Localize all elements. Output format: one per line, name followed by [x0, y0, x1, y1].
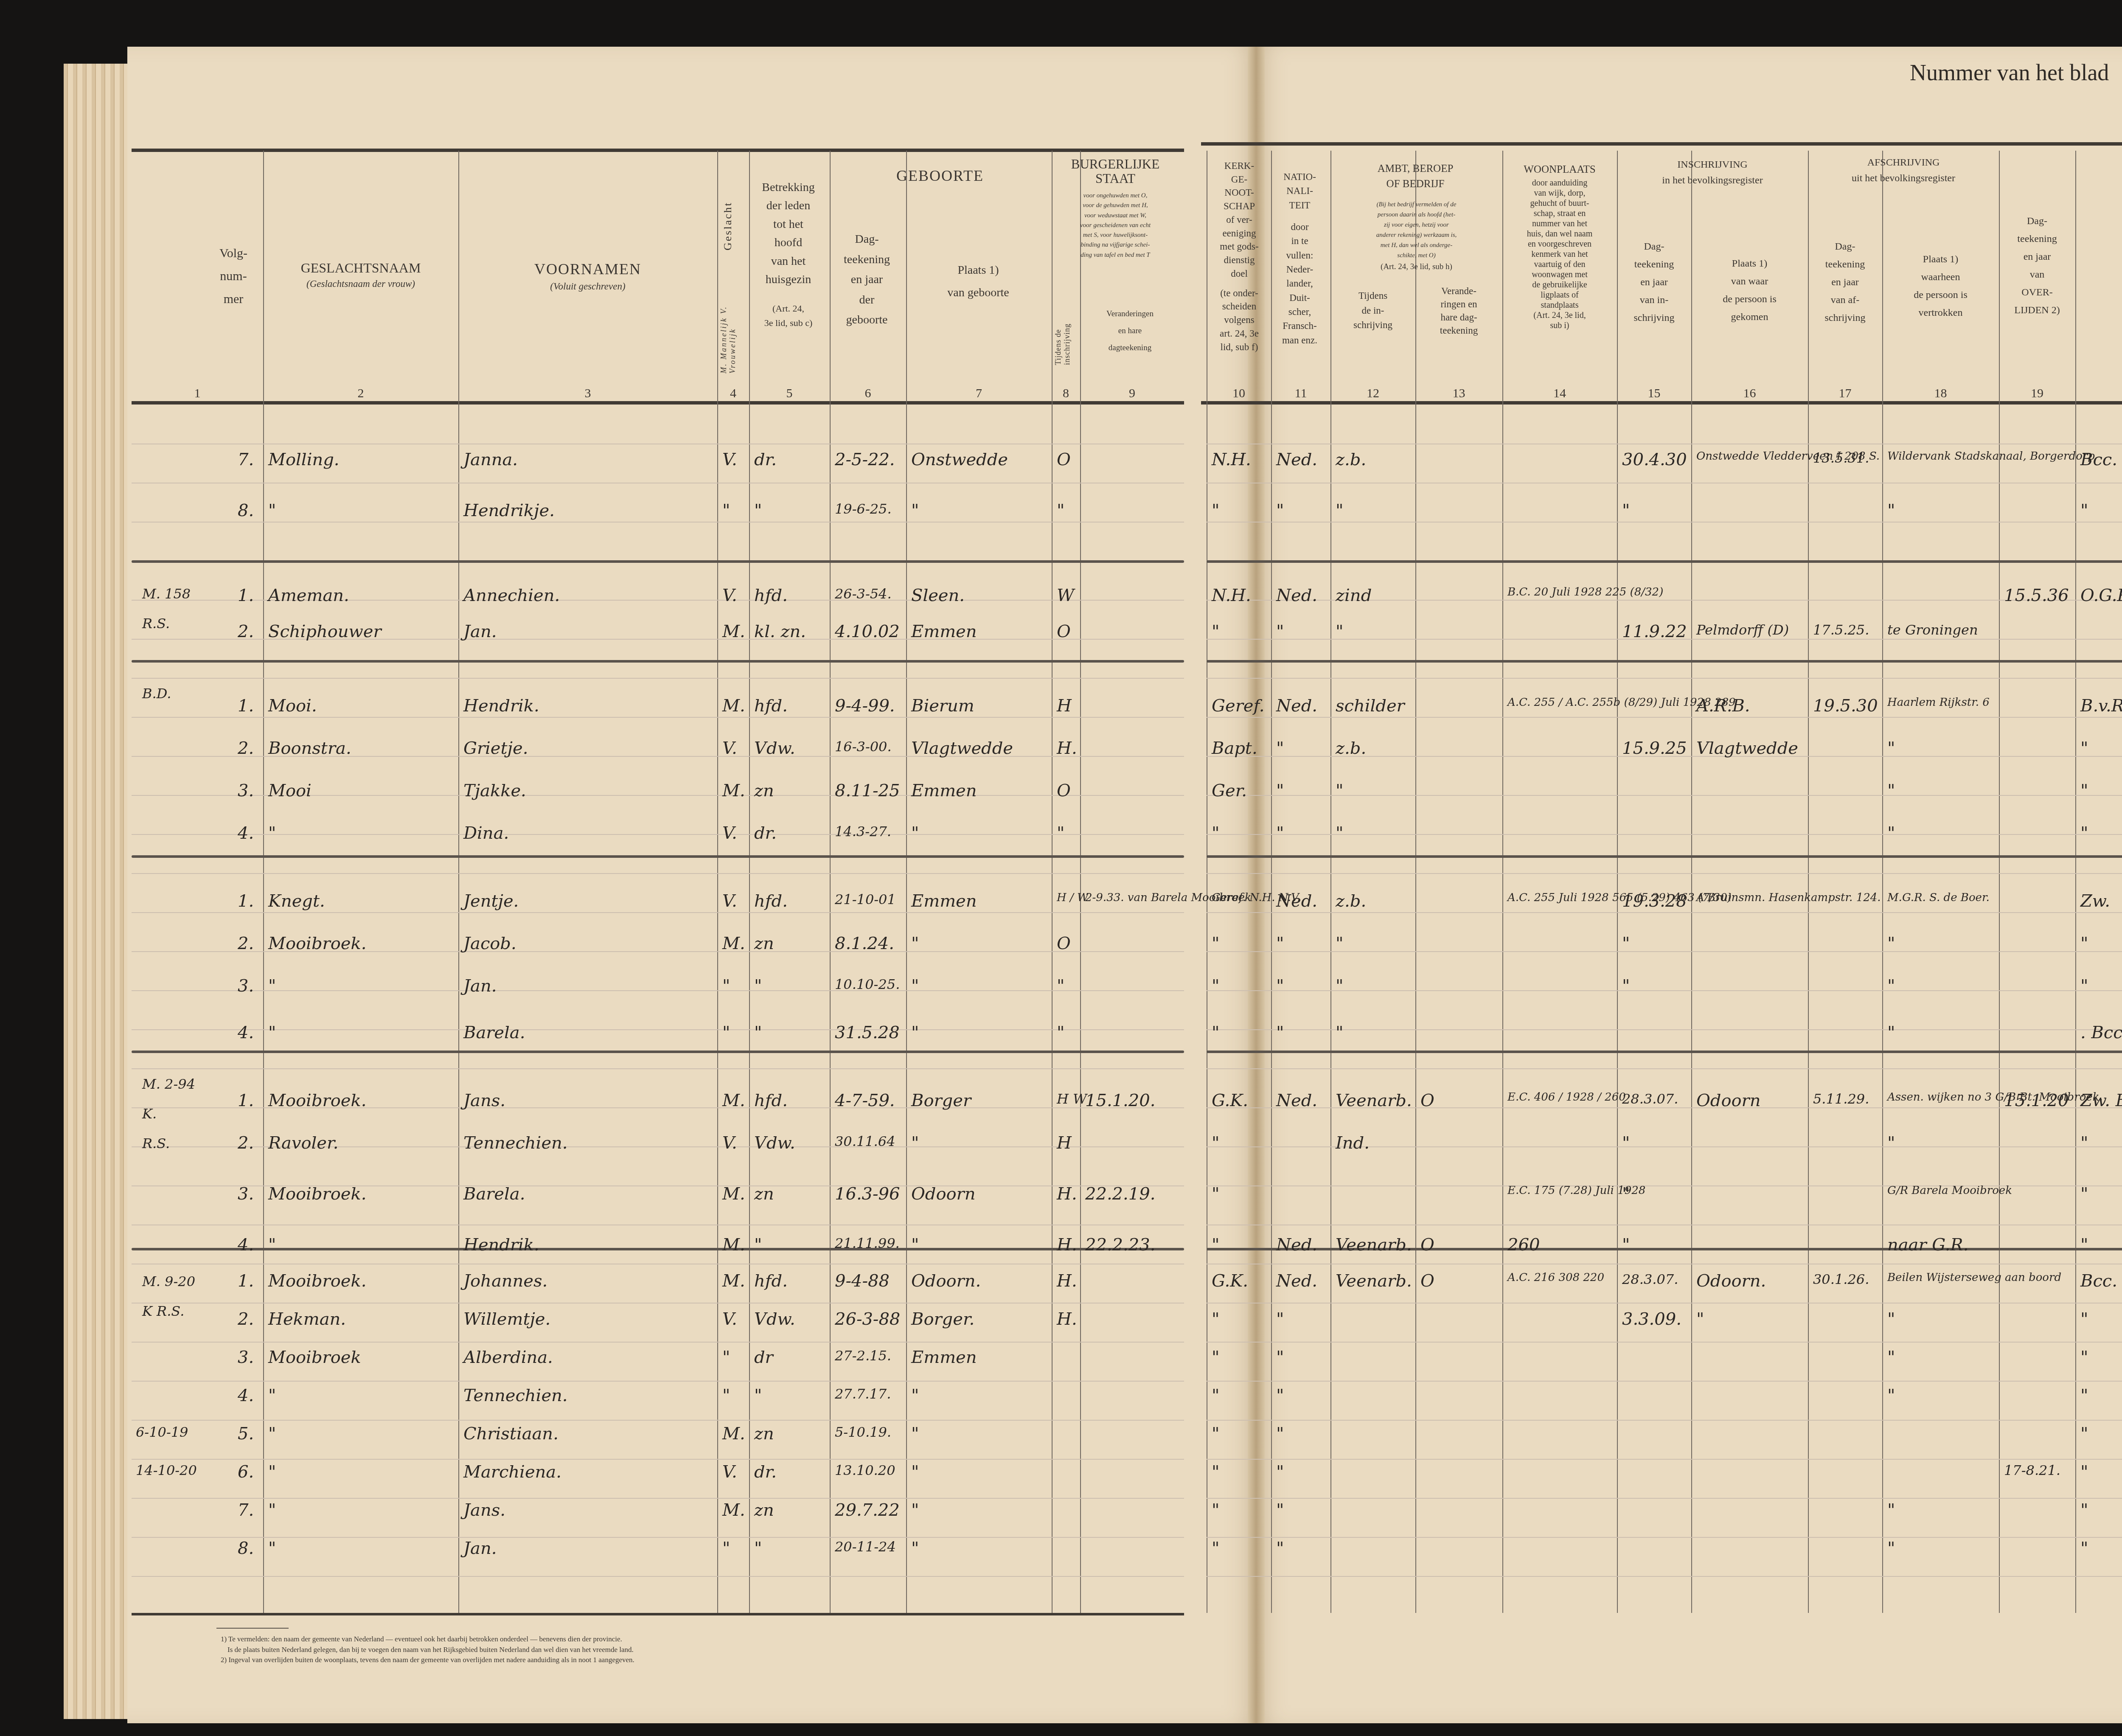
cell-geslacht: V.	[722, 1309, 737, 1329]
column-number: 6	[830, 386, 906, 401]
ruled-line	[132, 1264, 1184, 1264]
column-number: 1	[132, 386, 263, 401]
header-inschr-plaats: Plaats 1)van waarde persoon isgekomen	[1691, 255, 1808, 326]
household-separator	[132, 1051, 1184, 1053]
cell-inschr-datum: 3.3.09.	[1622, 1309, 1681, 1329]
cell-geslacht: "	[722, 1539, 730, 1558]
cell-inschr-plaats: Odoorn.	[1696, 1271, 1766, 1291]
header-geslacht-legend: M. Mannelijk V. Vrouwelijk	[719, 263, 737, 374]
cell-aanm: "	[2080, 1424, 2088, 1444]
cell-geslacht: "	[722, 976, 730, 996]
cell-inschr-datum: "	[1622, 976, 1630, 996]
cell-kerk: "	[1212, 823, 1219, 843]
cell-geb-datum: 26-3-54.	[835, 586, 892, 602]
header-afschr-plaats: Plaats 1)waarheende persoon isvertrokken	[1882, 250, 1999, 322]
ruled-line	[132, 1537, 1184, 1538]
footnote-2: 2) Ingeval van overlijden buiten de woon…	[221, 1655, 963, 1666]
cell-afschr-plaats: "	[1887, 1539, 1895, 1558]
header-voornamen: VOORNAMEN (Voluit geschreven)	[458, 259, 717, 293]
column-number: 20	[2075, 386, 2122, 401]
ruled-line	[132, 1498, 1184, 1499]
cell-betrekking: "	[754, 1386, 762, 1405]
cell-afschr-plaats: Beilen Wijsterseweg aan boord	[1887, 1271, 2061, 1284]
cell-geb-plaats: Vlagtwedde	[911, 739, 1013, 758]
ruled-line	[132, 1576, 1184, 1577]
cell-nat: "	[1276, 1386, 1284, 1405]
cell-kerk: G.K.	[1212, 1091, 1248, 1110]
cell-ambt: Ind.	[1336, 1133, 1370, 1153]
sheet-number-label: Nummer van het blad	[1910, 59, 2109, 86]
ruled-line	[132, 873, 1184, 874]
cell-woonplaats: 260	[1507, 1235, 1540, 1255]
cell-volg: 3.	[238, 781, 254, 801]
cell-betrekking: dr	[754, 1348, 773, 1367]
cell-voornamen: Johannes.	[463, 1271, 547, 1291]
cell-geb-plaats: "	[911, 1023, 919, 1042]
header-bottom-rule	[132, 401, 1184, 405]
cell-nat: "	[1276, 976, 1284, 996]
cell-volg: 5.	[238, 1424, 254, 1444]
left-page	[127, 47, 1256, 1723]
cell-volg: 7.	[238, 450, 254, 469]
ruled-line	[1207, 951, 2122, 952]
cell-afschr-plaats: Assen. wijken no 3 G/B Bt. Mooibroek.	[1887, 1091, 2103, 1104]
cell-inschr-plaats: Pelmdorff (D)	[1696, 622, 1789, 638]
ruled-line	[1207, 1576, 2122, 1577]
cell-voornamen: Tennechien.	[463, 1386, 568, 1405]
cell-nat: Ned.	[1276, 1091, 1317, 1110]
cell-betrekking: zn	[754, 1500, 774, 1520]
cell-inschr-plaats: "	[1696, 1309, 1704, 1329]
cell-ambt: "	[1336, 781, 1343, 801]
cell-overl: 15.5.36	[2004, 586, 2069, 605]
cell-geb-plaats: "	[911, 976, 919, 996]
footnote-1: 1) Te vermelden: den naam der gemeente v…	[221, 1634, 963, 1645]
cell-geb-plaats: Odoorn.	[911, 1271, 981, 1291]
cell-afschr-plaats: Wildervank Stadskanaal, Borgerdorp	[1887, 450, 2095, 463]
cell-betrekking: "	[754, 501, 762, 520]
cell-kerk: N.H.	[1212, 450, 1251, 469]
cell-naam: Mooibroek.	[268, 1271, 366, 1291]
cell-bs-wijz: 15.1.20.	[1085, 1091, 1155, 1110]
cell-ambt: Veenarb.	[1336, 1235, 1412, 1255]
cell-volg: 4.	[238, 1235, 254, 1255]
cell-geslacht: V.	[722, 1133, 737, 1153]
cell-geb-plaats: "	[911, 1133, 919, 1153]
cell-geb-datum: 20-11-24	[835, 1539, 896, 1555]
cell-voornamen: Jacob.	[463, 934, 516, 953]
cell-inschr-datum: "	[1622, 934, 1630, 953]
column-line	[1415, 151, 1416, 1613]
footnote-1-cont: Is de plaats buiten Nederland gelegen, d…	[221, 1645, 963, 1655]
cell-afschr-plaats: "	[1887, 739, 1895, 758]
header-afschr-datum: Dag-teekeningen jaarvan af-schrijving	[1808, 238, 1882, 327]
cell-volg: 2.	[238, 1133, 254, 1153]
cell-voornamen: Jan.	[463, 976, 497, 996]
cell-geb-plaats: "	[911, 1539, 919, 1558]
header-ambt-legend: (Bij het bedrijf vermelden of depersoon …	[1333, 199, 1500, 273]
cell-volg: 4.	[238, 1023, 254, 1042]
cell-afschr-datum: 5.11.29.	[1813, 1091, 1869, 1107]
cell-ambt: "	[1336, 1023, 1343, 1042]
column-number: 18	[1882, 386, 1999, 401]
ruled-line	[132, 717, 1184, 718]
header-burgerlijke-staat-legend: voor ongehuwden met O,voor de gehuwden m…	[1052, 191, 1179, 260]
cell-betrekking: hfd.	[754, 1271, 788, 1291]
ruled-line	[1207, 990, 2122, 991]
ruled-line	[1207, 1420, 2122, 1421]
cell-geb-datum: 30.11.64	[835, 1133, 895, 1149]
ruled-line	[1207, 717, 2122, 718]
cell-bs: W	[1057, 586, 1074, 605]
cell-naam: "	[268, 1023, 276, 1042]
cell-nat: "	[1276, 739, 1284, 758]
cell-nat: Ned.	[1276, 696, 1317, 716]
cell-voornamen: Jans.	[463, 1091, 505, 1110]
cell-nat: "	[1276, 934, 1284, 953]
cell-woonplaats: A.C. 216 308 220	[1507, 1271, 1604, 1284]
ruled-line	[1207, 1459, 2122, 1460]
cell-geb-plaats: Emmen	[911, 1348, 977, 1367]
cell-voornamen: Barela.	[463, 1184, 525, 1204]
column-number: 10	[1207, 386, 1271, 401]
ruled-line	[1207, 873, 2122, 874]
ruled-line	[1207, 678, 2122, 679]
header-burgerlijke-staat: BURGERLIJKESTAAT	[1052, 157, 1179, 186]
cell-kerk: "	[1212, 1348, 1219, 1367]
column-line	[1207, 151, 1207, 1613]
cell-inschr-datum: "	[1622, 1235, 1630, 1255]
cell-naam: Ameman.	[268, 586, 349, 605]
cell-kerk: "	[1212, 1386, 1219, 1405]
cell-geslacht: V.	[722, 1462, 737, 1482]
cell-kerk: G.K.	[1212, 1271, 1248, 1291]
cell-voornamen: Jentje.	[463, 891, 519, 911]
margin-note: K R.S.	[142, 1303, 184, 1319]
column-line	[717, 151, 718, 1613]
header-overlijden: Dag-teekeningen jaarvanOVER-LIJDEN 2)	[1999, 212, 2075, 319]
cell-geb-datum: 9-4-99.	[835, 696, 895, 716]
cell-betrekking: "	[754, 1539, 762, 1558]
ruled-line	[1207, 1225, 2122, 1225]
cell-geb-datum: 5-10.19.	[835, 1424, 891, 1440]
ruled-line	[1207, 1303, 2122, 1303]
cell-voornamen: Jans.	[463, 1500, 505, 1520]
cell-bs-wijz: 22.2.23.	[1085, 1235, 1155, 1255]
cell-betrekking: hfd.	[754, 696, 788, 716]
ruled-line	[132, 990, 1184, 991]
header-betrekking: Betrekkingder ledentot hethoofdvan hethu…	[749, 178, 828, 331]
cell-nat: Ned.	[1276, 891, 1317, 911]
column-number: 15	[1617, 386, 1691, 401]
cell-aanm: "	[2080, 1309, 2088, 1329]
header-nationaliteit: NATIO-NALI-TEITdoorin tevullen:Neder-lan…	[1271, 170, 1328, 347]
margin-note: M. 2-94	[142, 1076, 195, 1092]
ruled-line	[1207, 912, 2122, 913]
cell-voornamen: Hendrik.	[463, 696, 539, 716]
column-line	[1617, 151, 1618, 1613]
ruled-line	[132, 1029, 1184, 1030]
cell-ambt: z.b.	[1336, 450, 1366, 469]
cell-geb-datum: 16.3-96	[835, 1184, 900, 1204]
cell-kerk: "	[1212, 934, 1219, 953]
ruled-line	[132, 1342, 1184, 1343]
cell-betrekking: hfd.	[754, 891, 788, 911]
table-bottom-rule	[132, 1613, 1184, 1615]
cell-geslacht: M.	[722, 1235, 745, 1255]
column-line	[1330, 151, 1331, 1613]
cell-afschr-plaats: Haarlem Rijkstr. 6	[1887, 696, 1990, 709]
ruled-line	[132, 483, 1184, 483]
cell-geb-datum: 21.11.99.	[835, 1235, 900, 1251]
column-line	[1080, 151, 1081, 1613]
cell-inschr-datum: 30.4.30	[1622, 450, 1687, 469]
cell-geb-datum: 19-6-25.	[835, 501, 892, 517]
cell-voornamen: Willemtje.	[463, 1309, 550, 1329]
cell-inschr-datum: 15.9.25	[1622, 739, 1687, 758]
column-line	[1502, 151, 1503, 1613]
household-separator	[1207, 660, 2122, 663]
cell-voornamen: Jan.	[463, 622, 497, 641]
cell-kerk: "	[1212, 1023, 1219, 1042]
cell-geb-plaats: Emmen	[911, 781, 977, 801]
cell-naam: Schiphouwer	[268, 622, 382, 641]
header-geslacht: Geslacht	[721, 174, 734, 250]
cell-ambt: "	[1336, 823, 1343, 843]
column-number: 3	[458, 386, 717, 401]
column-number: 12	[1330, 386, 1415, 401]
cell-geb-datum: 31.5.28	[835, 1023, 900, 1042]
cell-inschr-datum: "	[1622, 1133, 1630, 1153]
cell-nat: Ned.	[1276, 1271, 1317, 1291]
cell-voornamen: Grietje.	[463, 739, 528, 758]
cell-naam: Knegt.	[268, 891, 325, 911]
cell-nat: "	[1276, 823, 1284, 843]
cell-ambt: "	[1336, 622, 1343, 641]
cell-nat: "	[1276, 1309, 1284, 1329]
cell-aanm: "	[2080, 739, 2088, 758]
cell-afschr-plaats: te Groningen	[1887, 622, 1978, 638]
ruled-line	[1207, 444, 2122, 444]
cell-voornamen: Tennechien.	[463, 1133, 568, 1153]
column-line	[1271, 151, 1272, 1613]
column-line	[830, 151, 831, 1613]
cell-volg: 8.	[238, 501, 254, 520]
cell-bs: "	[1057, 1023, 1064, 1042]
cell-ambt: Veenarb.	[1336, 1091, 1412, 1110]
cell-aanm: O.G.R. Bcc.	[2080, 586, 2122, 605]
cell-inschr-datum: "	[1622, 501, 1630, 520]
header-inschr-datum: Dag-teekeningen jaarvan in-schrijving	[1617, 238, 1691, 327]
cell-naam: Mooibroek.	[268, 1091, 366, 1110]
cell-geb-plaats: "	[911, 823, 919, 843]
cell-volg: 2.	[238, 934, 254, 953]
ruled-line	[1207, 1381, 2122, 1382]
cell-geb-plaats: "	[911, 1500, 919, 1520]
header-top-rule	[132, 149, 1184, 152]
cell-aanm: B.v.R. Bcc.	[2080, 696, 2122, 716]
cell-voornamen: Hendrikje.	[463, 501, 555, 520]
cell-naam: Mooibroek.	[268, 934, 366, 953]
cell-volg: 2.	[238, 1309, 254, 1329]
ruled-line	[132, 522, 1184, 522]
cell-kerk: "	[1212, 1235, 1219, 1255]
header-geboorte-plaats: Plaats 1)van geboorte	[906, 259, 1050, 304]
column-line	[1882, 151, 1883, 1613]
cell-voornamen: Barela.	[463, 1023, 525, 1042]
cell-geslacht: "	[722, 501, 730, 520]
ruled-line	[132, 834, 1184, 835]
cell-geslacht: M.	[722, 1500, 745, 1520]
ruled-line	[1207, 522, 2122, 522]
column-number: 2	[263, 386, 458, 401]
cell-inschr-datum: 28.3.07.	[1622, 1091, 1678, 1107]
cell-geb-datum: 10.10-25.	[835, 976, 900, 992]
header-afschrijving: AFSCHRIJVINGuit het bevolkingsregister	[1808, 155, 1999, 186]
cell-afschr-plaats: "	[1887, 823, 1895, 843]
margin-note: K.	[142, 1106, 157, 1122]
cell-aanm: "	[2080, 1133, 2088, 1153]
cell-naam: Hekman.	[268, 1309, 346, 1329]
cell-nat: "	[1276, 1500, 1284, 1520]
cell-voornamen: Annechien.	[463, 586, 560, 605]
cell-kerk: "	[1212, 1309, 1219, 1329]
cell-inschr-plaats: Odoorn	[1696, 1091, 1760, 1110]
cell-nat: Ned.	[1276, 586, 1317, 605]
cell-geslacht: M.	[722, 1091, 745, 1110]
cell-aanm: "	[2080, 934, 2088, 953]
cell-nat: "	[1276, 501, 1284, 520]
cell-afschr-plaats: M.G.R. S. de Boer.	[1887, 891, 1990, 904]
cell-afschr-plaats: "	[1887, 1023, 1895, 1042]
cell-betrekking: "	[754, 1235, 762, 1255]
ruled-line	[1207, 1498, 2122, 1499]
cell-voornamen: Jan.	[463, 1539, 497, 1558]
cell-betrekking: zn	[754, 1184, 774, 1204]
cell-afschr-plaats: G/R Barela Mooibroek	[1887, 1184, 2012, 1197]
cell-volg: 3.	[238, 1184, 254, 1204]
cell-geb-datum: 9-4-88	[835, 1271, 890, 1291]
ruled-line	[132, 1225, 1184, 1225]
cell-kerk: "	[1212, 1424, 1219, 1444]
margin-note: M. 158	[142, 586, 191, 602]
cell-bs: O	[1057, 934, 1071, 953]
cell-afschr-plaats: "	[1887, 1348, 1895, 1367]
cell-aanm: Bcc.	[2080, 450, 2117, 469]
cell-bs: H	[1057, 1133, 1072, 1153]
header-ambt-veranderingen: Verande-ringen enhare dag-teekening	[1417, 284, 1500, 337]
cell-geb-datum: 27.7.17.	[835, 1386, 891, 1402]
column-number: 5	[749, 386, 830, 401]
cell-betrekking: dr.	[754, 450, 777, 469]
cell-bs: "	[1057, 501, 1064, 520]
cell-volg: 1.	[238, 891, 254, 911]
cell-volg: 1.	[238, 696, 254, 716]
cell-bs: H.	[1057, 739, 1077, 758]
header-inschrijving: INSCHRIJVINGin het bevolkingsregister	[1617, 157, 1808, 188]
cell-voornamen: Tjakke.	[463, 781, 526, 801]
header-bs-veranderingen: Veranderingenen haredagteekening	[1080, 306, 1180, 357]
ruled-line	[1207, 1342, 2122, 1343]
cell-bs: H.	[1057, 1184, 1077, 1204]
cell-geb-datum: 4-7-59.	[835, 1091, 895, 1110]
cell-nat: "	[1276, 1539, 1284, 1558]
cell-ambt: "	[1336, 501, 1343, 520]
column-line	[1999, 151, 2000, 1613]
cell-aanm: "	[2080, 1184, 2088, 1204]
cell-geb-datum: 13.10.20	[835, 1462, 895, 1478]
cell-inschr-plaats: Vlagtwedde	[1696, 739, 1798, 758]
ruled-line	[1207, 1068, 2122, 1069]
cell-aanm: "	[2080, 1386, 2088, 1405]
header-ambt-tijdens: Tijdensde in-schrijving	[1330, 289, 1415, 333]
cell-afschr-datum: 17.5.25.	[1813, 622, 1869, 638]
margin-note: R.S.	[142, 615, 170, 632]
cell-afschr-plaats: "	[1887, 781, 1895, 801]
cell-geb-datum: 2-5-22.	[835, 450, 895, 469]
cell-geb-plaats: Odoorn	[911, 1184, 975, 1204]
ruled-line	[1207, 1029, 2122, 1030]
cell-kerk: "	[1212, 501, 1219, 520]
cell-bs: "	[1057, 976, 1064, 996]
cell-inschr-plaats: A'Bruinsmn. Hasenkampstr. 124.	[1696, 891, 1881, 904]
cell-betrekking: Vdw.	[754, 1309, 795, 1329]
cell-afschr-plaats: "	[1887, 934, 1895, 953]
cell-nat: "	[1276, 781, 1284, 801]
footnotes: 1) Te vermelden: den naam der gemeente v…	[221, 1634, 963, 1666]
cell-nat: "	[1276, 1023, 1284, 1042]
cell-ambt: Veenarb.	[1336, 1271, 1412, 1291]
cell-naam: "	[268, 1386, 276, 1405]
cell-geb-plaats: Borger	[911, 1091, 971, 1110]
cell-geb-datum: 14.3-27.	[835, 823, 891, 840]
household-separator	[132, 855, 1184, 858]
cell-naam: Boonstra.	[268, 739, 351, 758]
cell-naam: "	[268, 976, 276, 996]
cell-naam: "	[268, 1424, 276, 1444]
cell-betrekking: "	[754, 976, 762, 996]
cell-nat: Ned.	[1276, 1235, 1317, 1255]
cell-inschr-datum: 19.3.28	[1622, 891, 1687, 911]
cell-inschr-plaats: A.R.B.	[1696, 696, 1750, 716]
column-number: 11	[1271, 386, 1330, 401]
cell-aanm: "	[2080, 976, 2088, 996]
cell-inschr-datum: "	[1622, 1184, 1630, 1204]
cell-bs: H.	[1057, 1235, 1077, 1255]
column-number: 19	[1999, 386, 2075, 401]
cell-nat: Ned.	[1276, 450, 1317, 469]
cell-afschr-plaats: naar G.R.	[1887, 1235, 1968, 1255]
cell-bs: "	[1057, 823, 1064, 843]
cell-kerk: Geref.	[1212, 696, 1265, 716]
cell-kerk: "	[1212, 1539, 1219, 1558]
cell-geb-plaats: Onstwedde	[911, 450, 1008, 469]
ruled-line	[132, 1459, 1184, 1460]
cell-nat: "	[1276, 1424, 1284, 1444]
cell-nat: "	[1276, 1462, 1284, 1482]
cell-afschr-datum: 30.1.26.	[1813, 1271, 1869, 1287]
cell-geslacht: M.	[722, 781, 745, 801]
cell-inschr-datum: 11.9.22	[1622, 622, 1687, 641]
cell-kerk: Bapt.	[1212, 739, 1257, 758]
cell-geb-plaats: "	[911, 1462, 919, 1482]
cell-geb-plaats: Bierum	[911, 696, 974, 716]
margin-note: M. 9-20	[142, 1273, 195, 1289]
cell-betrekking: hfd.	[754, 1091, 788, 1110]
column-number: 4	[717, 386, 749, 401]
cell-afschr-plaats: "	[1887, 501, 1895, 520]
column-number: 17	[1808, 386, 1882, 401]
